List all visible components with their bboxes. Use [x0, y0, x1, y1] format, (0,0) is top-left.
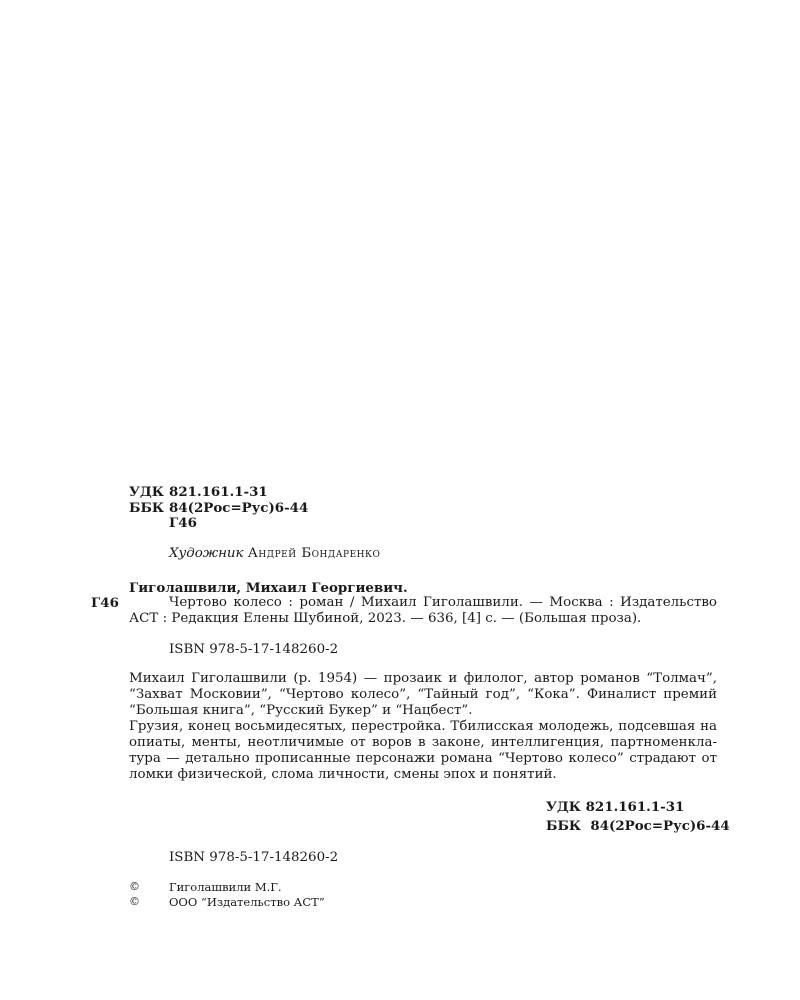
annotation-p2-line-1: Грузия, конец восьмидесятых, перестройка…	[129, 719, 717, 735]
copyright-holder-1: Гиголашвили М.Г.	[169, 879, 282, 895]
artist-name: Андрей Бондаренко	[248, 546, 381, 561]
annotation-p1-line-2: “Захват Московии”, “Чертово колесо”, “Та…	[129, 687, 717, 703]
bbk-line: ББК84(2Рос=Рус)6-44	[129, 500, 308, 516]
copyright-symbol-2: ©	[129, 894, 140, 910]
copyright-symbol-1: ©	[129, 879, 140, 895]
artist-credit: Художник Андрей Бондаренко	[169, 546, 380, 562]
annotation-p2-line-2: опиаты, менты, неотличимые от воров в за…	[129, 735, 717, 751]
record-line-2: АСТ : Редакция Елены Шубиной, 2023. — 63…	[129, 611, 717, 627]
annotation-paragraph-1: Михаил Гиголашвили (р. 1954) — прозаик и…	[129, 671, 717, 719]
bbk-bottom: ББК 84(2Рос=Рус)6-44	[546, 818, 730, 834]
author-heading: Гиголашвили, Михаил Георгиевич.	[129, 580, 408, 596]
udk-bottom: УДК 821.161.1-31	[546, 799, 684, 815]
annotation-p2-line-3: тура — детально прописанные персонажи ро…	[129, 751, 717, 767]
bbk-label: ББК	[129, 500, 169, 516]
udk-line: УДК821.161.1-31	[129, 484, 268, 500]
annotation-p1-line-3: “Большая книга”, “Русский Букер” и “Нацб…	[129, 703, 717, 719]
isbn-bottom: ISBN 978-5-17-148260-2	[169, 850, 338, 866]
isbn-record: ISBN 978-5-17-148260-2	[169, 642, 338, 658]
copyright-holder-2: ООО “Издательство АСТ”	[169, 894, 325, 910]
udk-label: УДК	[129, 484, 169, 500]
author-mark-record: Г46	[91, 595, 119, 611]
record-description: Чертово колесо : роман / Михаил Гиголашв…	[129, 595, 717, 627]
annotation-paragraph-2: Грузия, конец восьмидесятых, перестройка…	[129, 719, 717, 783]
udk-value: 821.161.1-31	[169, 484, 268, 500]
author-mark-top: Г46	[169, 515, 197, 531]
annotation-p2-line-4: ломки физической, слома личности, смены …	[129, 767, 717, 783]
record-line-1: Чертово колесо : роман / Михаил Гиголашв…	[129, 595, 717, 611]
bbk-value: 84(2Рос=Рус)6-44	[169, 500, 308, 516]
artist-role: Художник	[169, 546, 244, 561]
annotation-p1-line-1: Михаил Гиголашвили (р. 1954) — прозаик и…	[129, 671, 717, 687]
